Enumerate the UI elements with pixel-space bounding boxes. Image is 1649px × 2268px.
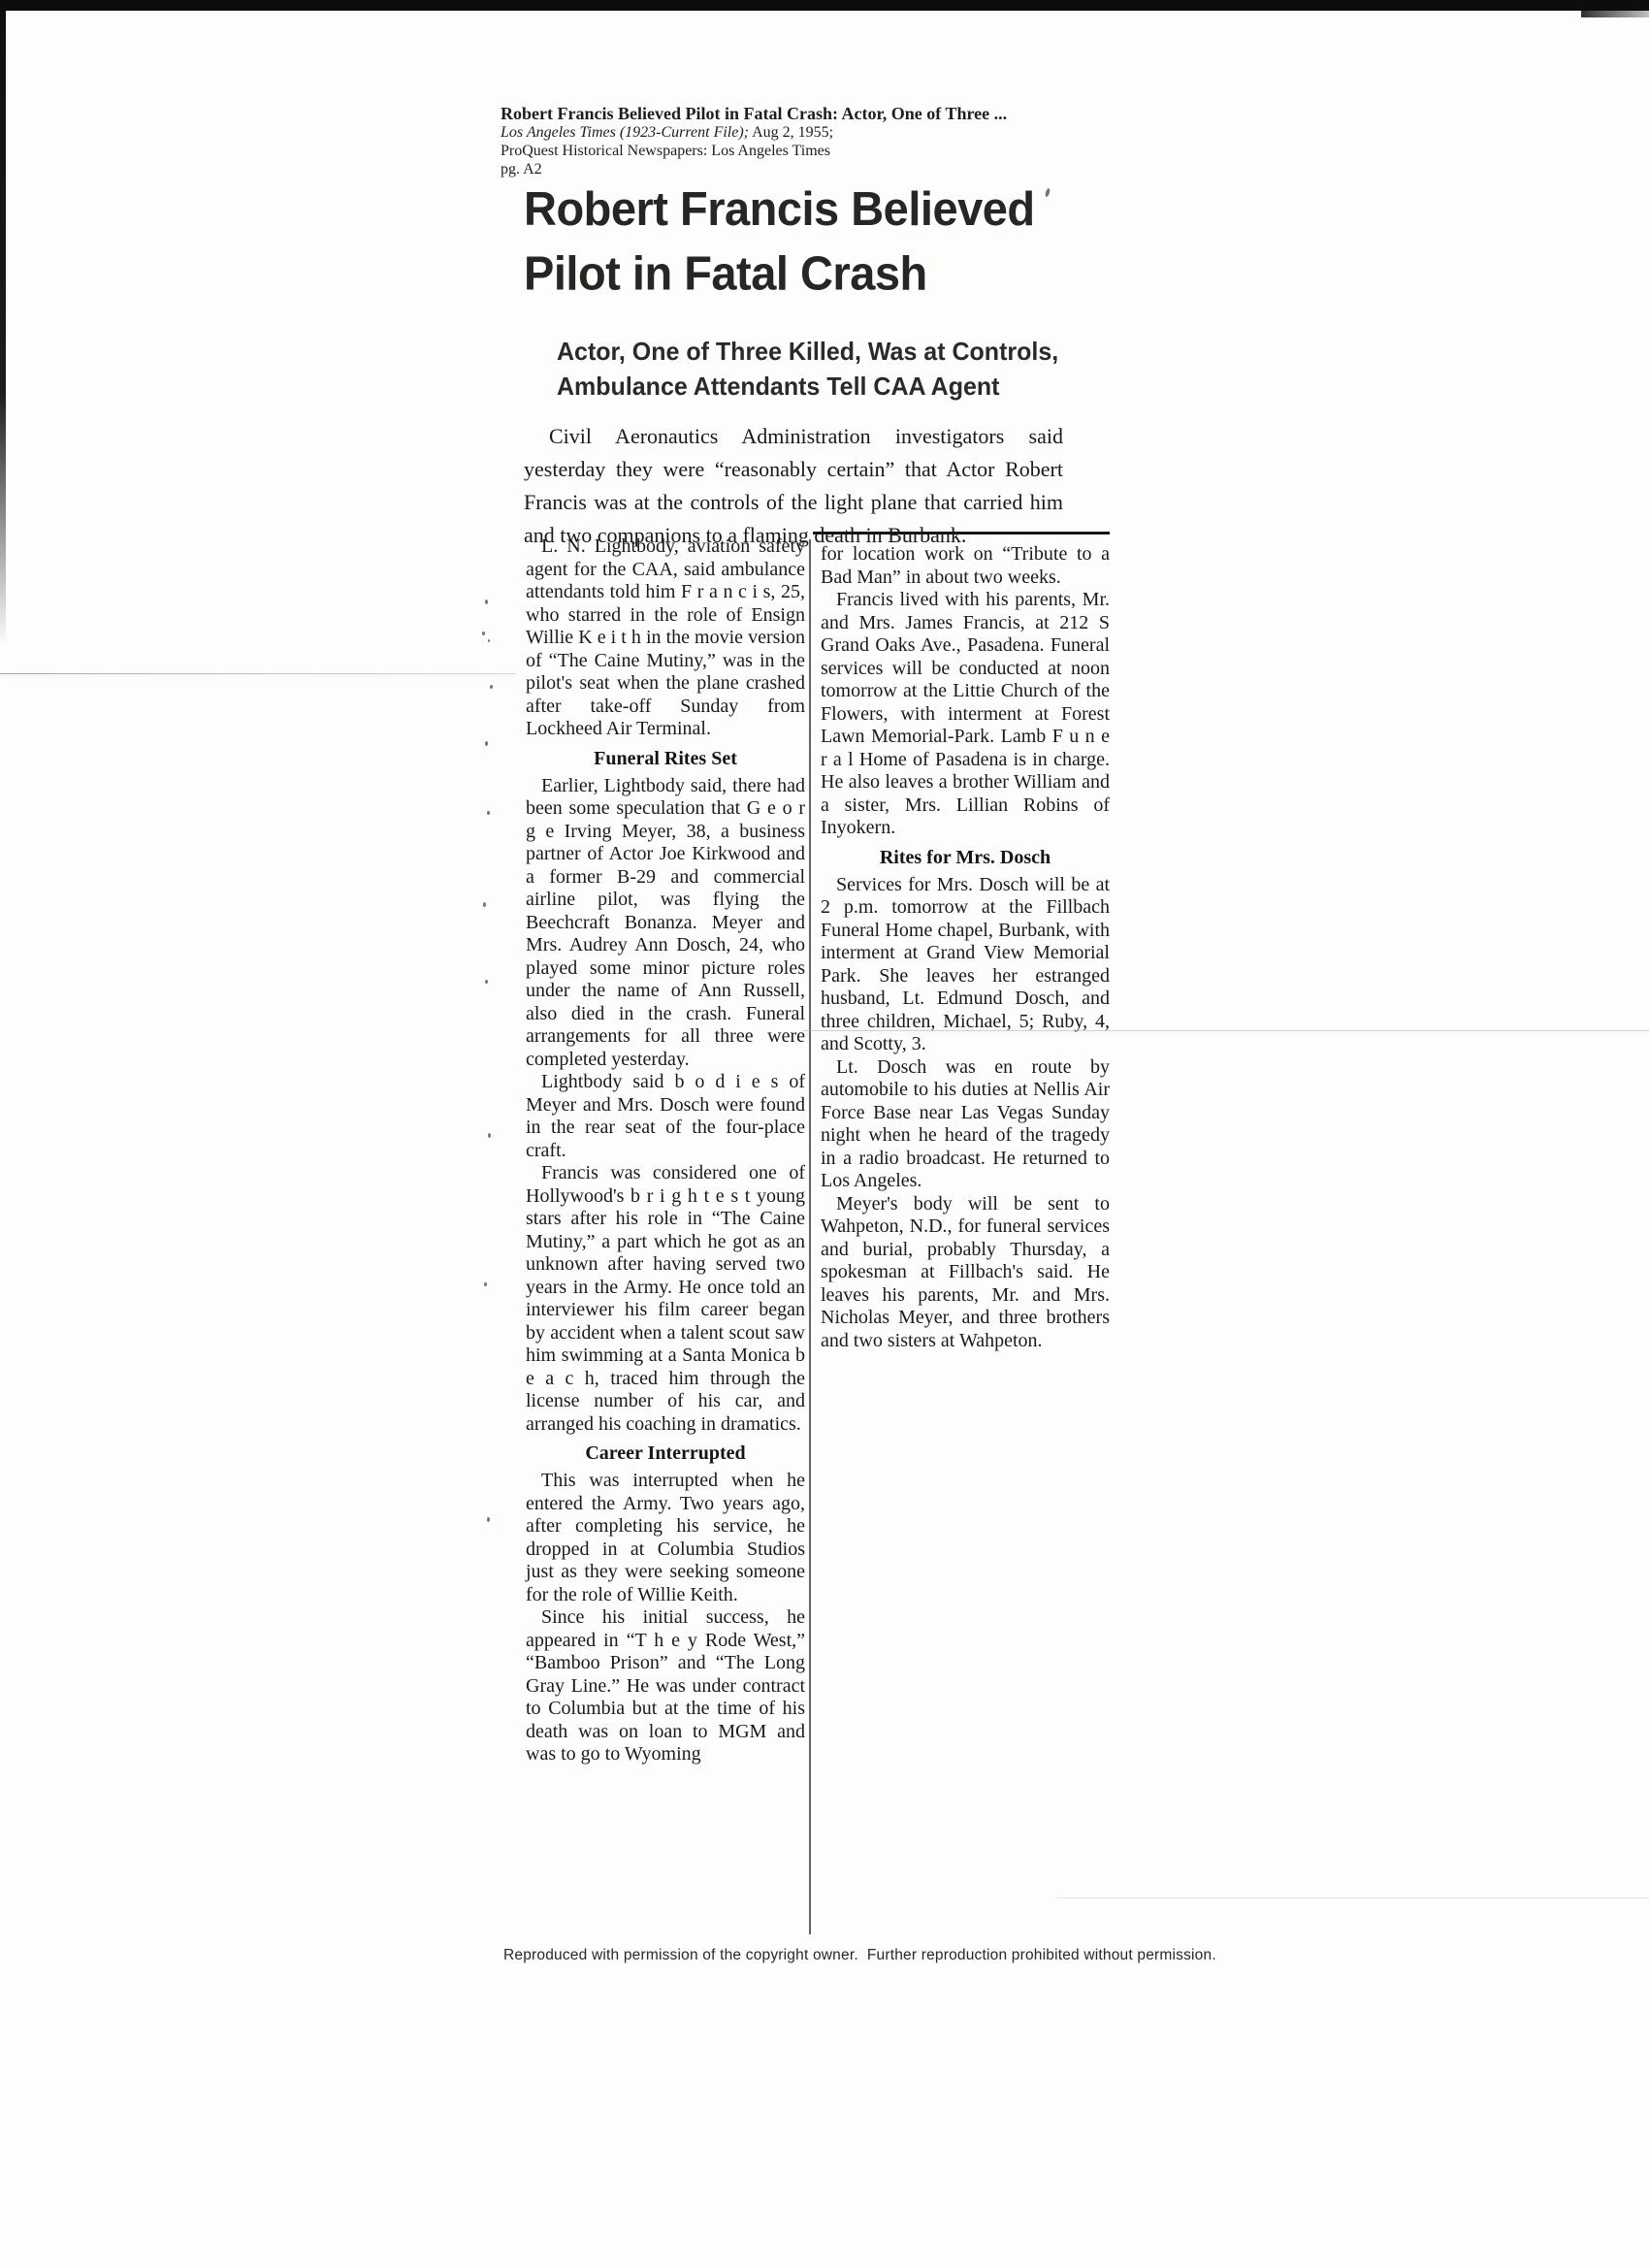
paragraph: Lightbody said b o d i e s of Meyer and … bbox=[526, 1071, 805, 1162]
scan-edge-left bbox=[0, 11, 6, 646]
paragraph: Meyer's body will be sent to Wahpeton, N… bbox=[821, 1193, 1110, 1353]
scan-speck bbox=[490, 685, 493, 689]
copyright-footer: Reproduced with permission of the copyri… bbox=[503, 1947, 1216, 1964]
scanned-newspaper-page: Robert Francis Believed Pilot in Fatal C… bbox=[0, 0, 1649, 2268]
scan-speck bbox=[484, 1282, 487, 1286]
paragraph: L. N. Lightbody, aviation safety agent f… bbox=[526, 535, 805, 741]
paragraph: Earlier, Lightbody said, there had been … bbox=[526, 775, 805, 1072]
subheadline-line-2: Ambulance Attendants Tell CAA Agent bbox=[557, 370, 1058, 405]
column-right: for location work on “Tribute to a Bad M… bbox=[821, 543, 1110, 1352]
scan-speck bbox=[485, 599, 488, 604]
paper-fold-line-bottom bbox=[1057, 1897, 1649, 1898]
scan-speck bbox=[487, 811, 490, 815]
scan-edge-top bbox=[0, 0, 1649, 11]
scan-speck bbox=[488, 1133, 491, 1138]
paragraph: Services for Mrs. Dosch will be at 2 p.m… bbox=[821, 874, 1110, 1056]
subheadline-line-1: Actor, One of Three Killed, Was at Contr… bbox=[557, 335, 1058, 370]
paper-fold-line-right bbox=[803, 1030, 1649, 1031]
citation-title: Robert Francis Believed Pilot in Fatal C… bbox=[501, 105, 1007, 123]
scan-speck bbox=[482, 632, 485, 635]
section-heading-rites-for-mrs-dosch: Rites for Mrs. Dosch bbox=[821, 847, 1110, 869]
scan-edge-top-tail bbox=[1581, 11, 1649, 17]
headline-line-2: Pilot in Fatal Crash bbox=[524, 242, 1035, 307]
column-top-rule bbox=[813, 532, 1110, 535]
column-left: L. N. Lightbody, aviation safety agent f… bbox=[526, 535, 805, 1766]
headline-line-1: Robert Francis Believed bbox=[524, 177, 1035, 242]
scan-speck bbox=[487, 1517, 490, 1522]
citation-block: Robert Francis Believed Pilot in Fatal C… bbox=[501, 105, 1007, 178]
paragraph: This was interrupted when he entered the… bbox=[526, 1470, 805, 1606]
headline: Robert Francis Believed Pilot in Fatal C… bbox=[524, 177, 1035, 306]
scan-speck bbox=[485, 741, 488, 746]
paragraph: Lt. Dosch was en route by automobile to … bbox=[821, 1056, 1110, 1193]
paragraph: Francis was considered one of Hollywood'… bbox=[526, 1162, 805, 1436]
citation-database: ProQuest Historical Newspapers: Los Ange… bbox=[501, 142, 1007, 160]
citation-source-date: Aug 2, 1955; bbox=[749, 124, 833, 141]
citation-source: Los Angeles Times (1923-Current File); A… bbox=[501, 123, 1007, 142]
scan-speck bbox=[485, 980, 488, 984]
scan-speck bbox=[488, 639, 490, 642]
scan-speck bbox=[483, 902, 486, 907]
scan-speck bbox=[1045, 188, 1051, 198]
column-divider-rule bbox=[809, 539, 811, 1934]
section-heading-funeral-rites-set: Funeral Rites Set bbox=[526, 748, 805, 770]
citation-source-name: Los Angeles Times (1923-Current File); bbox=[501, 124, 749, 141]
paper-fold-line-left bbox=[0, 673, 516, 674]
paragraph: Since his initial success, he appeared i… bbox=[526, 1606, 805, 1766]
section-heading-career-interrupted: Career Interrupted bbox=[526, 1442, 805, 1465]
paragraph: for location work on “Tribute to a Bad M… bbox=[821, 543, 1110, 589]
paragraph: Francis lived with his parents, Mr. and … bbox=[821, 589, 1110, 840]
subheadline: Actor, One of Three Killed, Was at Contr… bbox=[557, 335, 1058, 405]
